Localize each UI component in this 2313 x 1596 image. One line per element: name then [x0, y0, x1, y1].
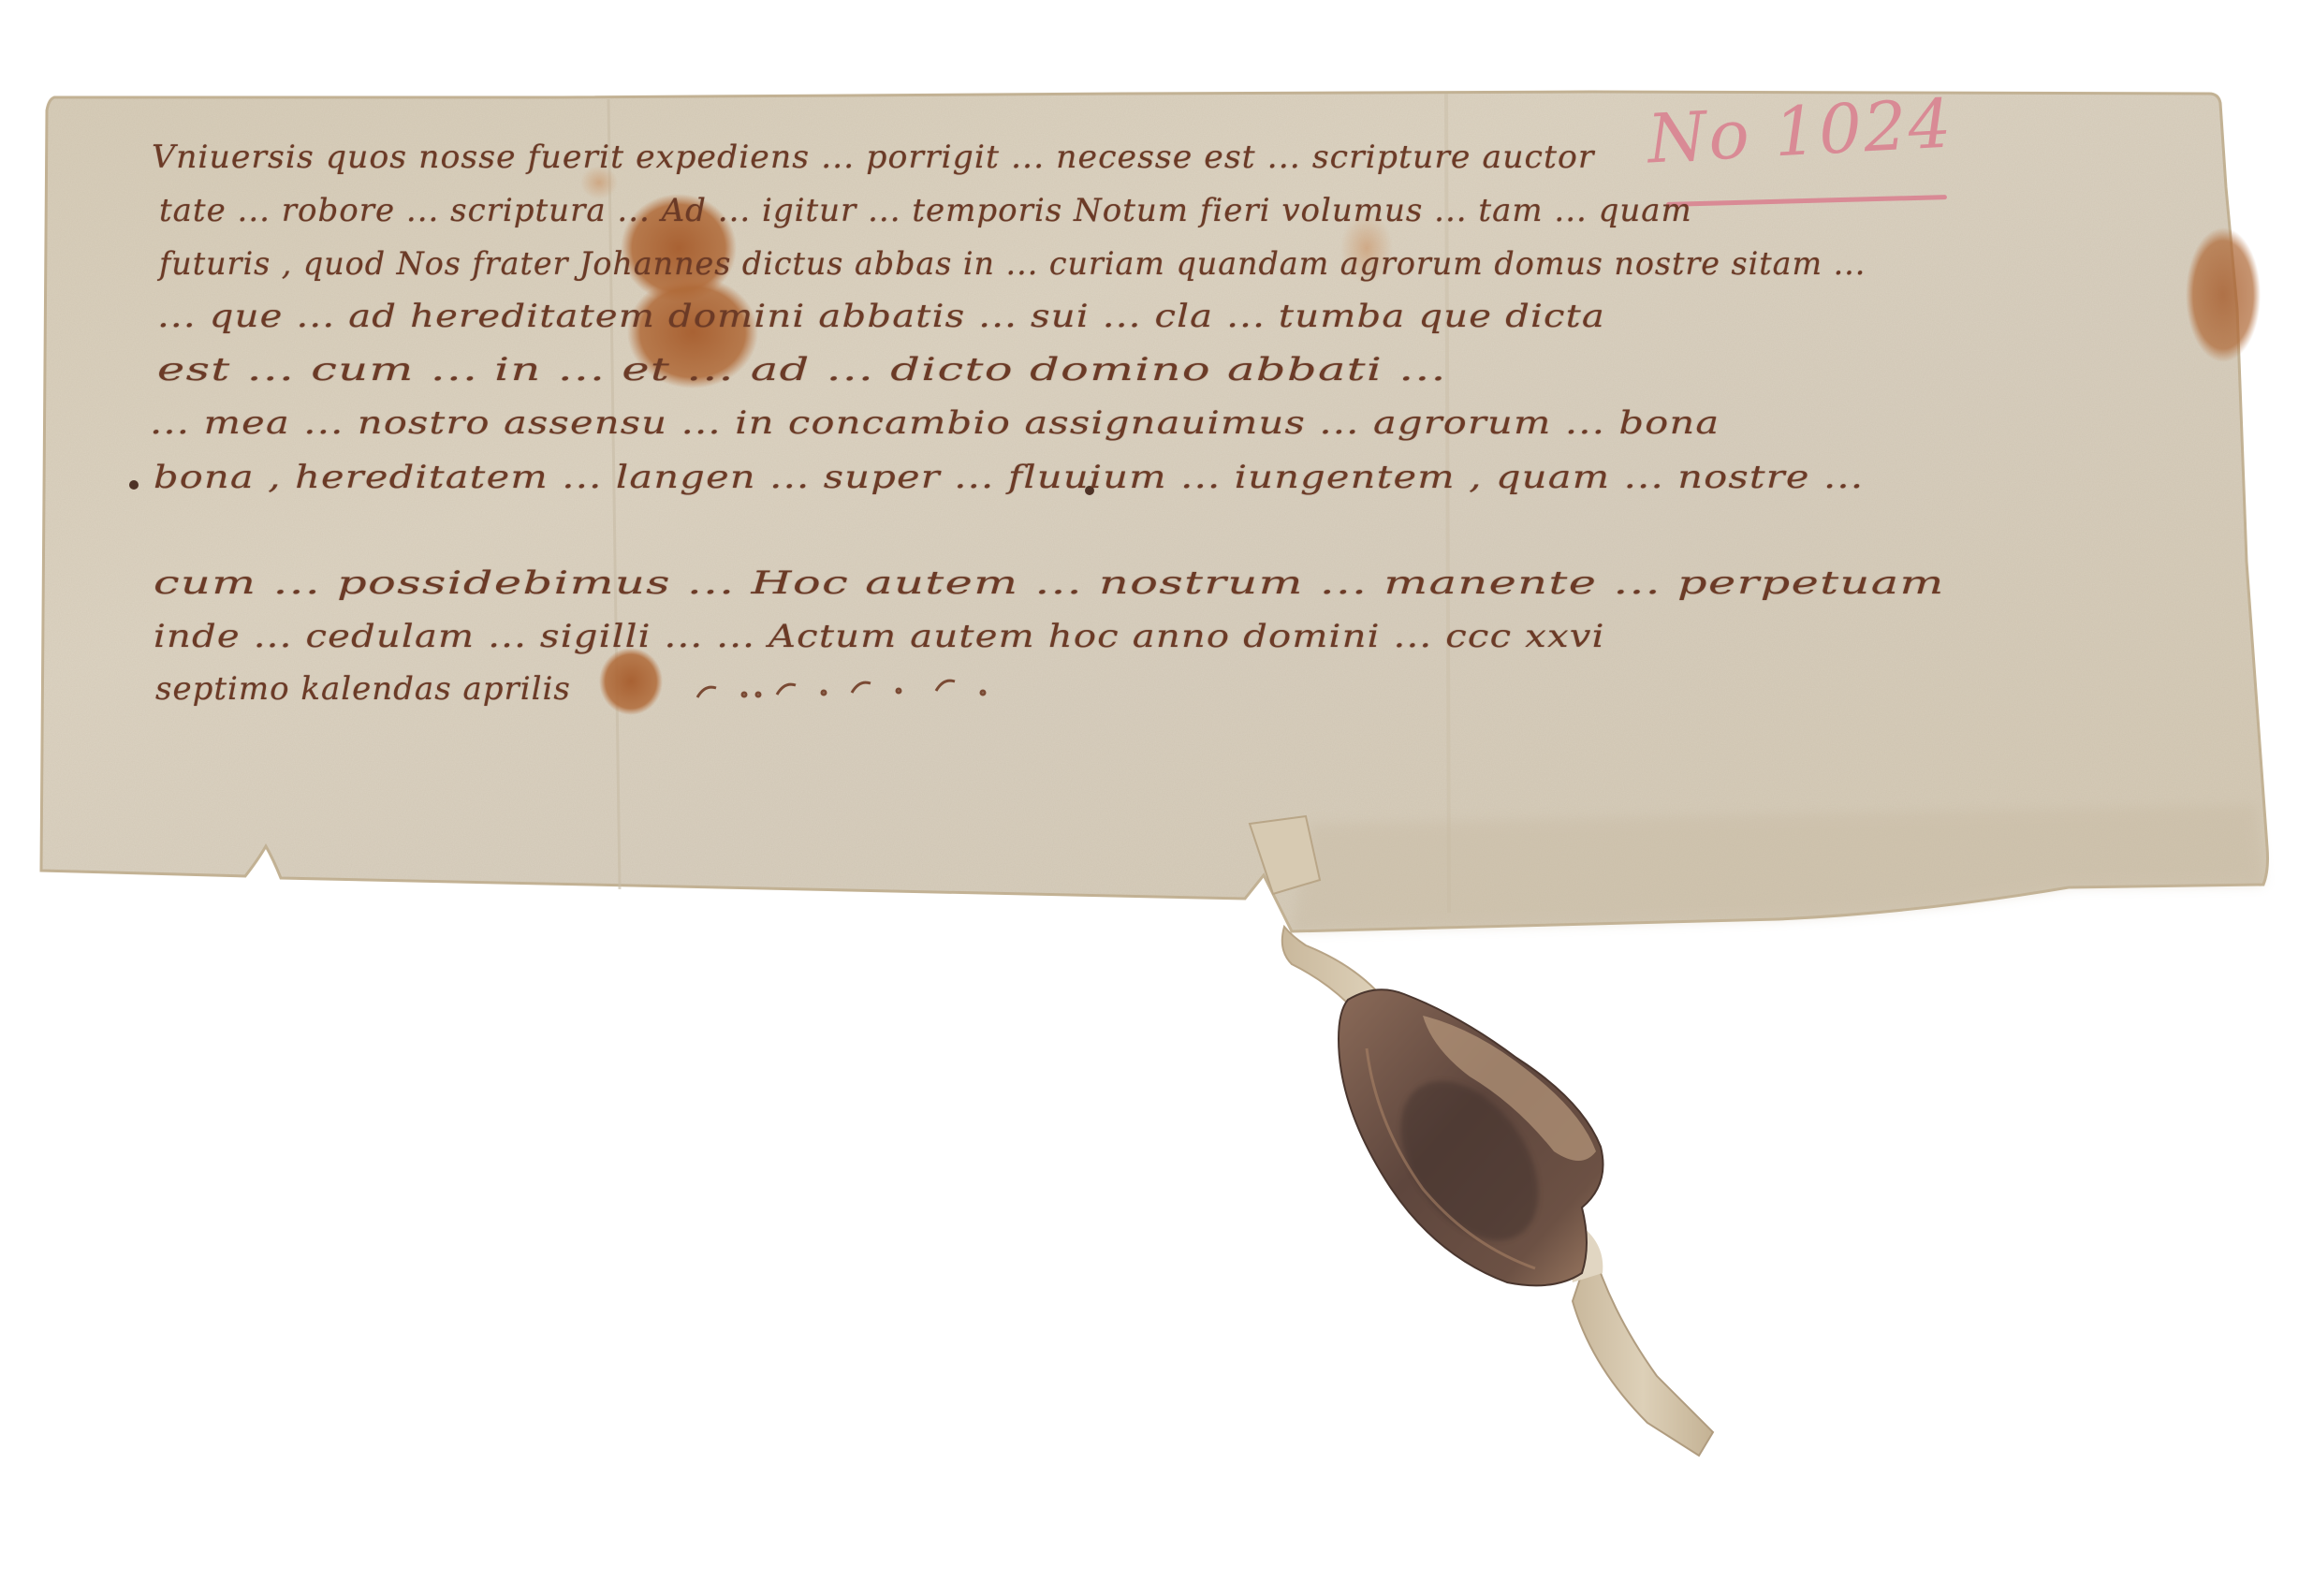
- parchment-artwork: [0, 0, 2313, 1596]
- wax-seal: [1339, 989, 1603, 1285]
- parchment-sheet: [41, 92, 2268, 931]
- shelfmark-number: No 1024: [1646, 84, 1954, 179]
- charter-photo: No 1024 Vniuersis quos nosse fuerit expe…: [0, 0, 2313, 1596]
